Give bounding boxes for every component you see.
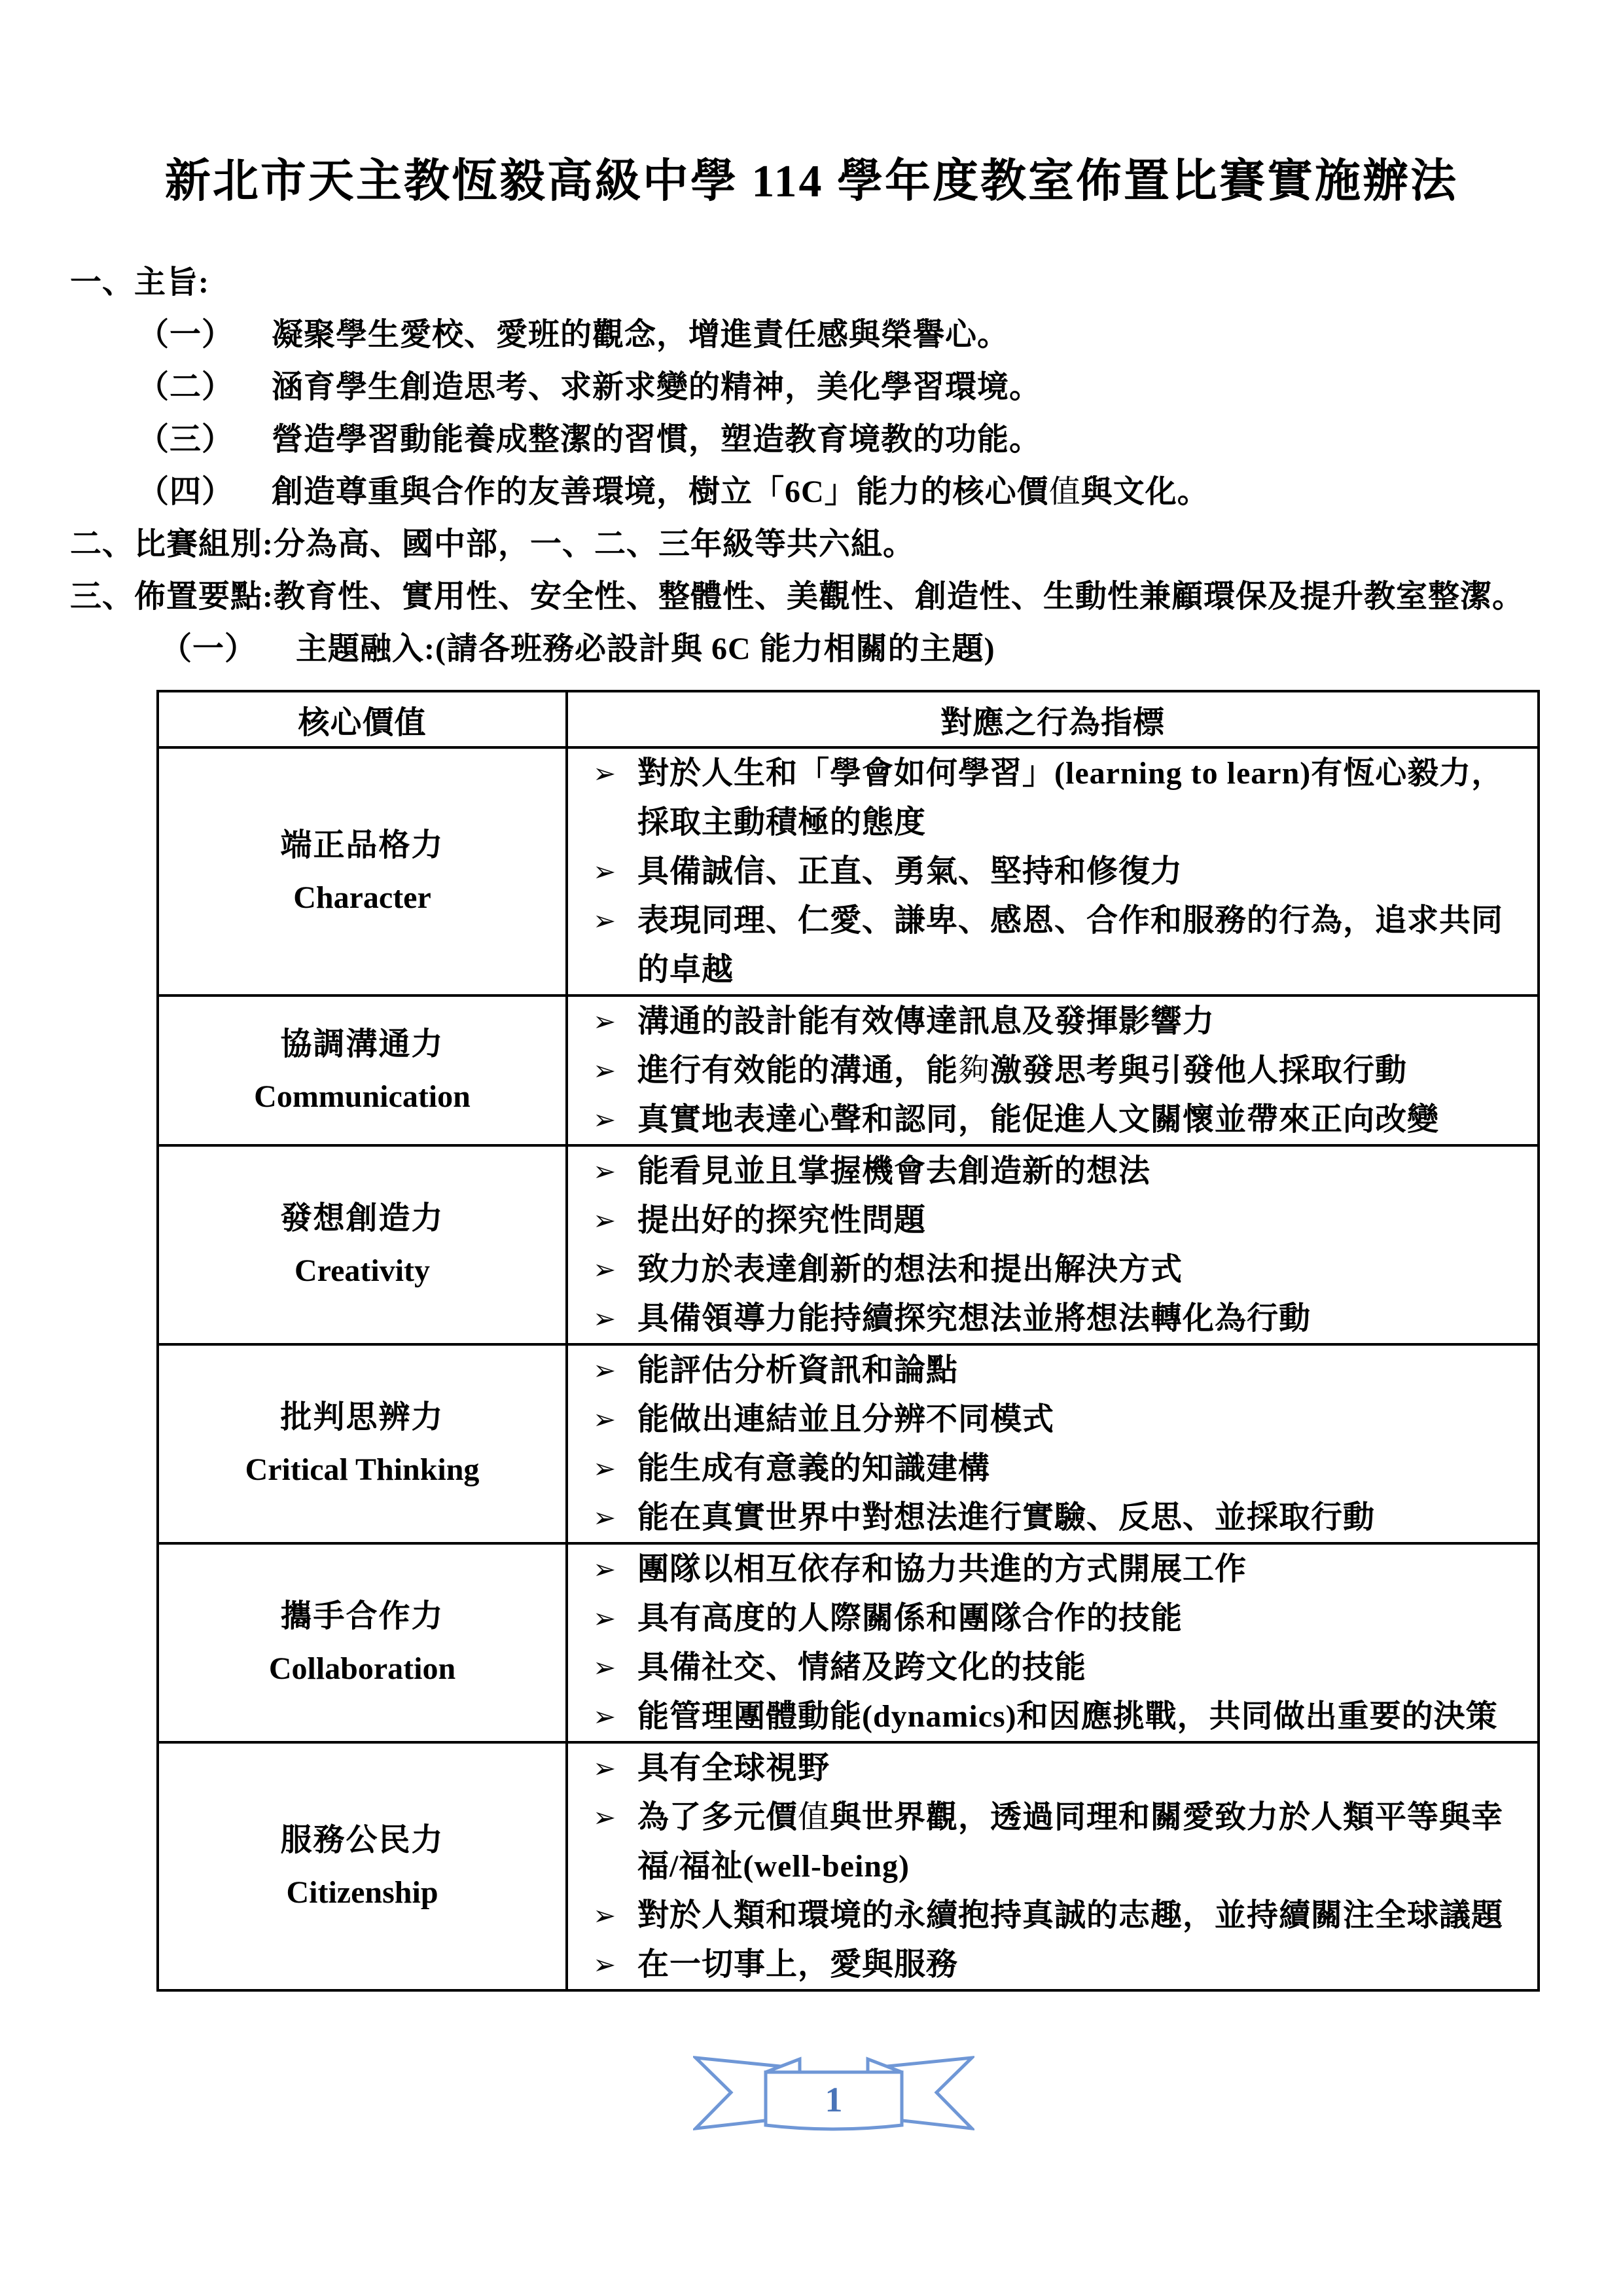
outline: 一、主旨: （一）凝聚學生愛校、愛班的觀念，增進責任感與榮譽心。 （二）涵育學生… — [0, 257, 1623, 675]
indicators-cell: ➢能看見並且掌握機會去創造新的想法 ➢提出好的探究性問題 ➢致力於表達創新的想法… — [567, 1145, 1539, 1344]
indicator-text: 在一切事上，愛與服務 — [637, 1947, 958, 1982]
indicator-text: 能看見並且掌握機會去創造新的想法 — [637, 1154, 1150, 1189]
arrow-bullet-icon: ➢ — [593, 1346, 616, 1395]
indicator-item: ➢真實地表達心聲和認同，能促進人文關懷並帶來正向改變 — [593, 1095, 1524, 1144]
outline-text: 創造尊重與合作的友善環境，樹立「6C」能力的核心價值與文化。 — [272, 475, 1209, 509]
arrow-bullet-icon: ➢ — [593, 1692, 616, 1741]
outline-item-1-3: （三）營造學習動能養成整潔的習慣，塑造教育境教的功能。 — [137, 414, 1623, 466]
indicator-text: 能做出連結並且分辨不同模式 — [637, 1402, 1054, 1437]
outline-item-1-4: （四）創造尊重與合作的友善環境，樹立「6C」能力的核心價值與文化。 — [137, 466, 1623, 518]
outline-item-1: 一、主旨: — [70, 257, 1623, 309]
outline-number: （一） — [137, 317, 234, 352]
indicator-text: 具備領導力能持續探究想法並將想法轉化為行動 — [637, 1301, 1311, 1336]
outline-number: （二） — [137, 370, 234, 404]
indicator-list: ➢團隊以相互依存和協力共進的方式開展工作 ➢具有高度的人際關係和團隊合作的技能 … — [593, 1545, 1524, 1741]
table-header-row: 核心價值 對應之行為指標 — [158, 691, 1539, 747]
ribbon-banner-graphic: 1 — [693, 2053, 974, 2136]
indicator-item: ➢提出好的探究性問題 — [593, 1196, 1524, 1245]
value-name-cell: 發想創造力 Creativity — [158, 1145, 567, 1344]
outline-number: （一） — [160, 632, 257, 666]
arrow-bullet-icon: ➢ — [593, 1793, 616, 1842]
indicator-item: ➢溝通的設計能有效傳達訊息及發揮影響力 — [593, 997, 1524, 1046]
indicator-text: 能生成有意義的知識建構 — [637, 1451, 990, 1486]
indicator-item: ➢能評估分析資訊和論點 — [593, 1346, 1524, 1395]
indicators-cell: ➢具有全球視野 ➢為了多元價值與世界觀，透過同理和關愛致力於人類平等與幸福/福祉… — [567, 1742, 1539, 1990]
arrow-bullet-icon: ➢ — [593, 1147, 616, 1196]
indicator-item: ➢具有高度的人際關係和團隊合作的技能 — [593, 1594, 1524, 1643]
value-name-en: Communication — [160, 1071, 565, 1123]
value-name-zh: 批判思辨力 — [160, 1391, 565, 1444]
indicator-text: 團隊以相互依存和協力共進的方式開展工作 — [637, 1552, 1247, 1587]
indicator-item: ➢進行有效能的溝通，能夠激發思考與引發他人採取行動 — [593, 1046, 1524, 1095]
indicators-cell: ➢溝通的設計能有效傳達訊息及發揮影響力 ➢進行有效能的溝通，能夠激發思考與引發他… — [567, 996, 1539, 1145]
arrow-bullet-icon: ➢ — [593, 1294, 616, 1343]
table-row-character: 端正品格力 Character ➢對於人生和「學會如何學習」(learning … — [158, 747, 1539, 996]
table-row-citizenship: 服務公民力 Citizenship ➢具有全球視野 ➢為了多元價值與世界觀，透過… — [158, 1742, 1539, 1990]
indicator-item: ➢表現同理、仁愛、謙卑、感恩、合作和服務的行為，追求共同的卓越 — [593, 896, 1524, 994]
value-name-en: Creativity — [160, 1245, 565, 1297]
indicator-item: ➢能生成有意義的知識建構 — [593, 1444, 1524, 1493]
outline-text: 營造學習動能養成整潔的習慣，塑造教育境教的功能。 — [272, 422, 1041, 457]
arrow-bullet-icon: ➢ — [593, 1744, 616, 1793]
outline-number: （四） — [137, 475, 234, 509]
value-name-cell: 協調溝通力 Communication — [158, 996, 567, 1145]
indicator-text: 進行有效能的溝通，能夠激發思考與引發他人採取行動 — [637, 1053, 1407, 1088]
arrow-bullet-icon: ➢ — [593, 896, 616, 945]
outline-number: （三） — [137, 422, 234, 457]
indicator-text: 具備誠信、正直、勇氣、堅持和修復力 — [637, 854, 1183, 889]
value-name-cell: 攜手合作力 Collaboration — [158, 1543, 567, 1742]
indicator-text: 提出好的探究性問題 — [637, 1203, 926, 1238]
page-number: 1 — [825, 2080, 843, 2119]
value-name-en: Citizenship — [160, 1867, 565, 1919]
outline-text: 比賽組別:分為高、國中部，一、二、三年級等共六組。 — [134, 527, 915, 562]
indicator-item: ➢對於人類和環境的永續抱持真誠的志趣，並持續關注全球議題 — [593, 1891, 1524, 1940]
arrow-bullet-icon: ➢ — [593, 1643, 616, 1692]
arrow-bullet-icon: ➢ — [593, 997, 616, 1046]
indicator-text: 致力於表達創新的想法和提出解決方式 — [637, 1252, 1183, 1287]
indicator-item: ➢團隊以相互依存和協力共進的方式開展工作 — [593, 1545, 1524, 1594]
indicator-item: ➢具有全球視野 — [593, 1744, 1524, 1793]
indicator-text: 真實地表達心聲和認同，能促進人文關懷並帶來正向改變 — [637, 1102, 1439, 1137]
outline-number: 二、 — [70, 527, 134, 562]
outline-text: 主旨: — [134, 265, 209, 300]
value-name-zh: 端正品格力 — [160, 819, 565, 872]
indicator-text: 能管理團體動能(dynamics)和因應挑戰，共同做出重要的決策 — [637, 1699, 1498, 1734]
indicator-text: 對於人生和「學會如何學習」(learning to learn)有恆心毅力，採取… — [637, 756, 1503, 840]
value-name-zh: 協調溝通力 — [160, 1018, 565, 1071]
indicator-item: ➢具備社交、情緒及跨文化的技能 — [593, 1643, 1524, 1692]
arrow-bullet-icon: ➢ — [593, 1493, 616, 1542]
arrow-bullet-icon: ➢ — [593, 1196, 616, 1245]
indicator-text: 能在真實世界中對想法進行實驗、反思、並採取行動 — [637, 1500, 1375, 1535]
value-name-cell: 端正品格力 Character — [158, 747, 567, 996]
value-name-cell: 批判思辨力 Critical Thinking — [158, 1344, 567, 1543]
indicator-item: ➢具備領導力能持續探究想法並將想法轉化為行動 — [593, 1294, 1524, 1343]
arrow-bullet-icon: ➢ — [593, 1245, 616, 1294]
indicator-list: ➢能評估分析資訊和論點 ➢能做出連結並且分辨不同模式 ➢能生成有意義的知識建構 … — [593, 1346, 1524, 1542]
table-row-communication: 協調溝通力 Communication ➢溝通的設計能有效傳達訊息及發揮影響力 … — [158, 996, 1539, 1145]
table-row-collaboration: 攜手合作力 Collaboration ➢團隊以相互依存和協力共進的方式開展工作… — [158, 1543, 1539, 1742]
arrow-bullet-icon: ➢ — [593, 1095, 616, 1144]
outline-item-1-1: （一）凝聚學生愛校、愛班的觀念，增進責任感與榮譽心。 — [137, 309, 1623, 361]
indicators-cell: ➢對於人生和「學會如何學習」(learning to learn)有恆心毅力，採… — [567, 747, 1539, 996]
header-core-value: 核心價值 — [158, 691, 567, 747]
core-values-table: 核心價值 對應之行為指標 端正品格力 Character ➢對於人生和「學會如何… — [156, 690, 1540, 1992]
indicator-text: 溝通的設計能有效傳達訊息及發揮影響力 — [637, 1004, 1215, 1039]
outline-item-2: 二、比賽組別:分為高、國中部，一、二、三年級等共六組。 — [70, 518, 1623, 571]
indicator-text: 能評估分析資訊和論點 — [637, 1353, 958, 1388]
indicator-text: 為了多元價值與世界觀，透過同理和關愛致力於人類平等與幸福/福祉(well-bei… — [637, 1800, 1503, 1884]
indicator-text: 表現同理、仁愛、謙卑、感恩、合作和服務的行為，追求共同的卓越 — [637, 903, 1503, 987]
outline-number: 一、 — [70, 265, 134, 300]
arrow-bullet-icon: ➢ — [593, 1545, 616, 1594]
value-name-en: Collaboration — [160, 1643, 565, 1695]
value-name-en: Character — [160, 872, 565, 924]
indicator-list: ➢溝通的設計能有效傳達訊息及發揮影響力 ➢進行有效能的溝通，能夠激發思考與引發他… — [593, 997, 1524, 1144]
indicator-item: ➢在一切事上，愛與服務 — [593, 1940, 1524, 1989]
arrow-bullet-icon: ➢ — [593, 1395, 616, 1444]
outline-item-3-1: （一）主題融入:(請各班務必設計與 6C 能力相關的主題) — [160, 623, 1623, 675]
indicator-item: ➢對於人生和「學會如何學習」(learning to learn)有恆心毅力，採… — [593, 749, 1524, 847]
outline-text: 佈置要點:教育性、實用性、安全性、整體性、美觀性、創造性、生動性兼顧環保及提升教… — [134, 579, 1524, 614]
indicator-item: ➢能做出連結並且分辨不同模式 — [593, 1395, 1524, 1444]
arrow-bullet-icon: ➢ — [593, 1444, 616, 1493]
outline-text: 涵育學生創造思考、求新求變的精神，美化學習環境。 — [272, 370, 1041, 404]
indicator-item: ➢致力於表達創新的想法和提出解決方式 — [593, 1245, 1524, 1294]
indicator-item: ➢具備誠信、正直、勇氣、堅持和修復力 — [593, 847, 1524, 896]
value-name-zh: 攜手合作力 — [160, 1590, 565, 1643]
document-title: 新北市天主教恆毅高級中學 114 學年度教室佈置比賽實施辦法 — [79, 145, 1544, 219]
value-name-en: Critical Thinking — [160, 1444, 565, 1496]
header-indicators: 對應之行為指標 — [567, 691, 1539, 747]
indicators-cell: ➢團隊以相互依存和協力共進的方式開展工作 ➢具有高度的人際關係和團隊合作的技能 … — [567, 1543, 1539, 1742]
value-name-zh: 服務公民力 — [160, 1814, 565, 1867]
indicator-item: ➢能看見並且掌握機會去創造新的想法 — [593, 1147, 1524, 1196]
value-name-cell: 服務公民力 Citizenship — [158, 1742, 567, 1990]
indicators-cell: ➢能評估分析資訊和論點 ➢能做出連結並且分辨不同模式 ➢能生成有意義的知識建構 … — [567, 1344, 1539, 1543]
indicator-item: ➢為了多元價值與世界觀，透過同理和關愛致力於人類平等與幸福/福祉(well-be… — [593, 1793, 1524, 1891]
outline-text: 主題融入:(請各班務必設計與 6C 能力相關的主題) — [296, 632, 995, 666]
document-page: 新北市天主教恆毅高級中學 114 學年度教室佈置比賽實施辦法 一、主旨: （一）… — [0, 0, 1623, 2296]
arrow-bullet-icon: ➢ — [593, 847, 616, 896]
arrow-bullet-icon: ➢ — [593, 1940, 616, 1989]
indicator-list: ➢能看見並且掌握機會去創造新的想法 ➢提出好的探究性問題 ➢致力於表達創新的想法… — [593, 1147, 1524, 1343]
table-row-creativity: 發想創造力 Creativity ➢能看見並且掌握機會去創造新的想法 ➢提出好的… — [158, 1145, 1539, 1344]
indicator-text: 具有高度的人際關係和團隊合作的技能 — [637, 1601, 1183, 1636]
outline-text: 凝聚學生愛校、愛班的觀念，增進責任感與榮譽心。 — [272, 317, 1009, 352]
table-row-critical-thinking: 批判思辨力 Critical Thinking ➢能評估分析資訊和論點 ➢能做出… — [158, 1344, 1539, 1543]
indicator-text: 具有全球視野 — [637, 1751, 830, 1785]
page-number-banner: 1 — [693, 2053, 974, 2136]
arrow-bullet-icon: ➢ — [593, 1891, 616, 1940]
outline-item-1-2: （二）涵育學生創造思考、求新求變的精神，美化學習環境。 — [137, 361, 1623, 414]
indicator-text: 具備社交、情緒及跨文化的技能 — [637, 1650, 1086, 1685]
indicator-list: ➢具有全球視野 ➢為了多元價值與世界觀，透過同理和關愛致力於人類平等與幸福/福祉… — [593, 1744, 1524, 1989]
indicator-list: ➢對於人生和「學會如何學習」(learning to learn)有恆心毅力，採… — [593, 749, 1524, 994]
arrow-bullet-icon: ➢ — [593, 1594, 616, 1643]
outline-number: 三、 — [70, 579, 134, 614]
value-name-zh: 發想創造力 — [160, 1193, 565, 1245]
indicator-item: ➢能管理團體動能(dynamics)和因應挑戰，共同做出重要的決策 — [593, 1692, 1524, 1741]
indicator-text: 對於人類和環境的永續抱持真誠的志趣，並持續關注全球議題 — [637, 1898, 1503, 1933]
arrow-bullet-icon: ➢ — [593, 1046, 616, 1095]
outline-item-3: 三、佈置要點:教育性、實用性、安全性、整體性、美觀性、創造性、生動性兼顧環保及提… — [70, 571, 1623, 623]
arrow-bullet-icon: ➢ — [593, 749, 616, 798]
indicator-item: ➢能在真實世界中對想法進行實驗、反思、並採取行動 — [593, 1493, 1524, 1542]
